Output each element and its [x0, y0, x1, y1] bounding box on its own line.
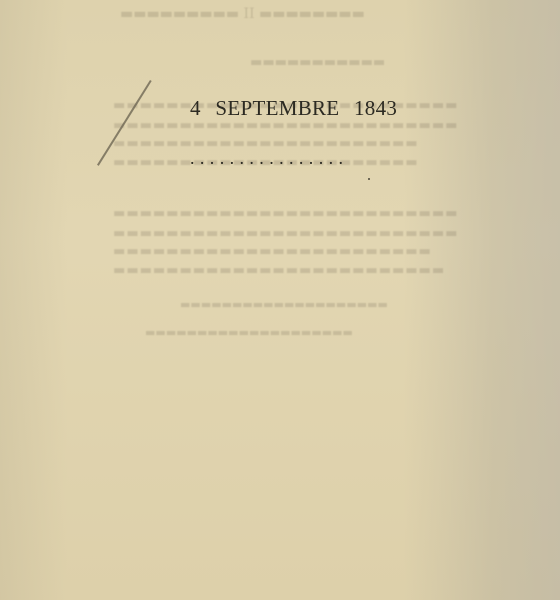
heading-day: 4 [190, 96, 201, 120]
show-through-text: ▬▬▬▬▬▬▬▬▬▬▬▬▬▬▬▬▬▬▬▬▬▬▬▬▬▬ [112, 226, 457, 241]
show-through-text: ▬▬▬▬▬▬▬▬ II ▬▬▬▬▬▬▬▬▬ [120, 6, 365, 22]
date-heading: 4 SEPTEMBRE 1843 [190, 96, 406, 121]
dotted-ellipsis-line: ................ [190, 148, 348, 169]
scanned-page: ▬▬▬▬▬▬▬▬ II ▬▬▬▬▬▬▬▬▬ ▬▬▬▬▬▬▬▬▬▬▬ ▬▬▬▬▬▬… [0, 0, 560, 600]
show-through-text: ▬▬▬▬▬▬▬▬▬▬▬▬▬▬▬▬▬▬▬▬▬▬▬▬ [112, 244, 431, 259]
heading-month: SEPTEMBRE [215, 96, 339, 120]
show-through-text: ▬▬▬▬▬▬▬▬▬▬▬▬▬▬▬▬▬▬▬▬▬▬▬▬▬ [112, 263, 444, 278]
show-through-text: ▬▬▬▬▬▬▬▬▬▬▬ [250, 55, 385, 70]
show-through-text: ▬▬▬▬▬▬▬▬▬▬▬▬▬▬▬▬▬▬▬▬▬▬▬▬▬▬ [112, 206, 457, 221]
ink-speck [368, 178, 370, 180]
heading-year: 1843 [354, 96, 397, 120]
show-through-text: ▬▬▬▬▬▬▬▬▬▬▬▬▬▬▬▬▬▬▬▬ [180, 298, 388, 311]
show-through-text: ▬▬▬▬▬▬▬▬▬▬▬▬▬▬▬▬▬▬▬▬ [145, 326, 353, 339]
